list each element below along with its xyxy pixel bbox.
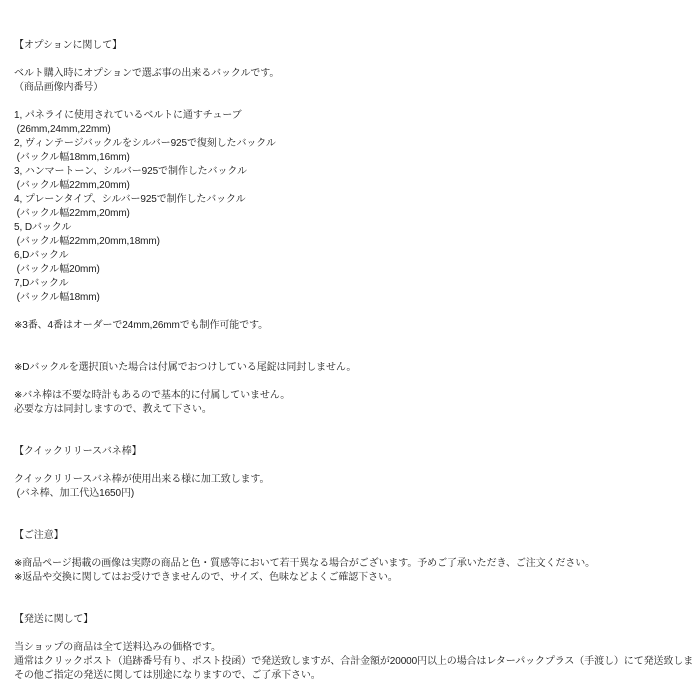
spacer	[14, 599, 694, 613]
shipping-body-line: 通常はクリックポスト（追跡番号有り、ポスト投函）で発送致しますが、合計金額が20…	[14, 655, 694, 669]
spacer	[14, 347, 694, 361]
quick-release-body-line: (バネ棒、加工代込1650円)	[14, 487, 694, 501]
option-item-detail: (バックル幅22mm,20mm)	[14, 207, 694, 221]
section-heading-shipping: 【発送に関して】	[14, 613, 694, 627]
spacer	[14, 459, 694, 473]
spacer	[14, 53, 694, 67]
spacer	[14, 95, 694, 109]
spacer	[14, 543, 694, 557]
shipping-body-line: その他ご指定の発送に関しては別途になりますので、ご了承下さい。	[14, 669, 694, 683]
option-item-label: 2, ヴィンテージバックルをシルバー925で復刻したバックル	[14, 137, 694, 151]
spacer	[14, 431, 694, 445]
option-item-detail: (26mm,24mm,22mm)	[14, 123, 694, 137]
shipping-body-line: 当ショップの商品は全て送料込みの価格です。	[14, 641, 694, 655]
option-item-label: 4, プレーンタイプ、シルバー925で制作したバックル	[14, 193, 694, 207]
spacer	[14, 515, 694, 529]
option-item-detail: (バックル幅22mm,20mm)	[14, 179, 694, 193]
note-springbar-line: 必要な方は同封しますので、教えて下さい。	[14, 403, 694, 417]
option-item-detail: (バックル幅20mm)	[14, 263, 694, 277]
spacer	[14, 375, 694, 389]
option-item-detail: (バックル幅22mm,20mm,18mm)	[14, 235, 694, 249]
option-item-detail: (バックル幅18mm,16mm)	[14, 151, 694, 165]
section-heading-options: 【オプションに関して】	[14, 39, 694, 53]
options-intro-line: ベルト購入時にオプションで選ぶ事の出来るバックルです。	[14, 67, 694, 81]
section-heading-quick-release: 【クイックリリースバネ棒】	[14, 445, 694, 459]
option-item-label: 6,Dバックル	[14, 249, 694, 263]
option-item-label: 5, Dバックル	[14, 221, 694, 235]
note-dbuckle: ※Dバックルを選択頂いた場合は付属でおつけしている尾錠は同封しません。	[14, 361, 694, 375]
spacer	[14, 585, 694, 599]
product-description-document: 【オプションに関して】 ベルト購入時にオプションで選ぶ事の出来るバックルです。 …	[0, 0, 700, 700]
quick-release-body-line: クイックリリースバネ棒が使用出来る様に加工致します。	[14, 473, 694, 487]
option-item-label: 1, パネライに使用されているベルトに通すチューブ	[14, 109, 694, 123]
spacer	[14, 417, 694, 431]
option-item-label: 3, ハンマートーン、シルバー925で制作したバックル	[14, 165, 694, 179]
note-order-sizes: ※3番、4番はオーダーで24mm,26mmでも制作可能です。	[14, 319, 694, 333]
caution-body-line: ※商品ページ掲載の画像は実際の商品と色・質感等において若干異なる場合がございます…	[14, 557, 694, 571]
options-intro-line: （商品画像内番号）	[14, 81, 694, 95]
caution-body-line: ※返品や交換に関してはお受けできませんので、サイズ、色味などよくご確認下さい。	[14, 571, 694, 585]
section-heading-caution: 【ご注意】	[14, 529, 694, 543]
spacer	[14, 305, 694, 319]
spacer	[14, 333, 694, 347]
spacer	[14, 501, 694, 515]
option-item-detail: (バックル幅18mm)	[14, 291, 694, 305]
option-item-label: 7,Dバックル	[14, 277, 694, 291]
note-springbar-line: ※バネ棒は不要な時計もあるので基本的に付属していません。	[14, 389, 694, 403]
spacer	[14, 627, 694, 641]
